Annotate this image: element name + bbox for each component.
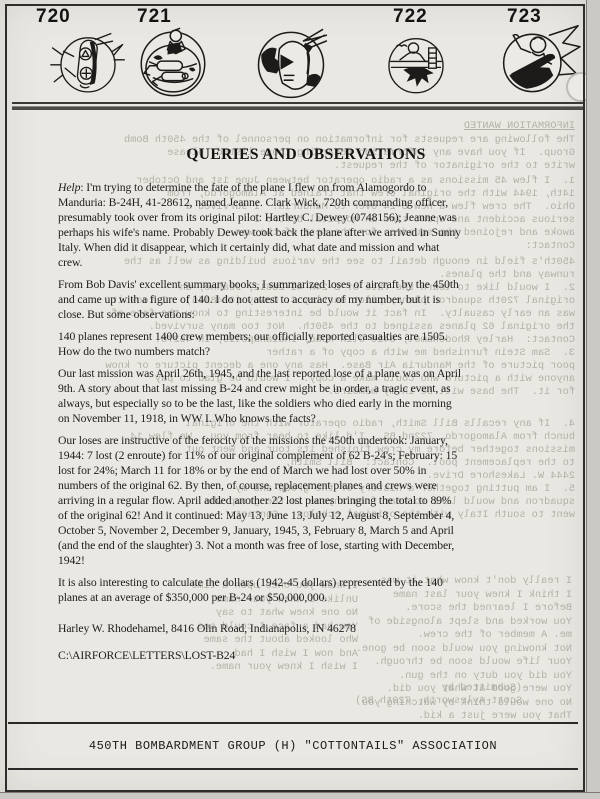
file-path: C:\AIRFORCE\LETTERS\LOST-B24 — [58, 648, 554, 663]
paragraph-bob-davis: From Bob Davis' excellent summary books,… — [58, 277, 554, 322]
squadron-number-720: 720 — [36, 6, 71, 28]
header-divider-line-2 — [12, 106, 583, 110]
paragraph-last-mission: Our last mission was April 26th, 1945, a… — [58, 366, 554, 426]
paragraph-losses-by-month: Our loses are instructive of the ferocit… — [58, 433, 554, 568]
group-knight-globe-emblem-icon — [248, 20, 334, 106]
squadron-number-722: 722 — [393, 6, 428, 28]
paragraph-dollars: It is also interesting to calculate the … — [58, 575, 554, 605]
squadron-722-emblem-icon — [378, 26, 454, 102]
paragraph-crew-numbers: 140 planes represent 1400 crew members; … — [58, 329, 554, 359]
help-word: Help — [58, 181, 80, 194]
footer-box: 450TH BOMBARDMENT GROUP (H) "COTTONTAILS… — [8, 722, 578, 770]
squadron-720-bomb-emblem-icon — [50, 26, 126, 102]
article-title: QUERIES AND OBSERVATIONS — [58, 146, 554, 164]
article: QUERIES AND OBSERVATIONS Help: I'm tryin… — [58, 146, 554, 670]
paragraph-help-text: : I'm trying to determine the fate of th… — [58, 181, 461, 269]
squadron-721-bombardier-emblem-icon — [131, 20, 215, 104]
header-divider-line — [12, 102, 583, 104]
footer-association-title: 450TH BOMBARDMENT GROUP (H) "COTTONTAILS… — [89, 739, 497, 753]
bleedthrough-submitted: (Submitted by Scott Aylesworth, 720th BS… — [242, 682, 522, 708]
scanned-newsletter-page: INFORMATION WANTED The following are req… — [0, 0, 586, 792]
signature: Harley W. Rhodehamel, 8416 Olin Road, In… — [58, 621, 554, 636]
bleedthrough-heading: INFORMATION WANTED — [295, 120, 575, 133]
scanner-background-bottom — [0, 792, 600, 799]
paragraph-help: Help: I'm trying to determine the fate o… — [58, 180, 554, 270]
scanner-background-right — [586, 0, 600, 799]
